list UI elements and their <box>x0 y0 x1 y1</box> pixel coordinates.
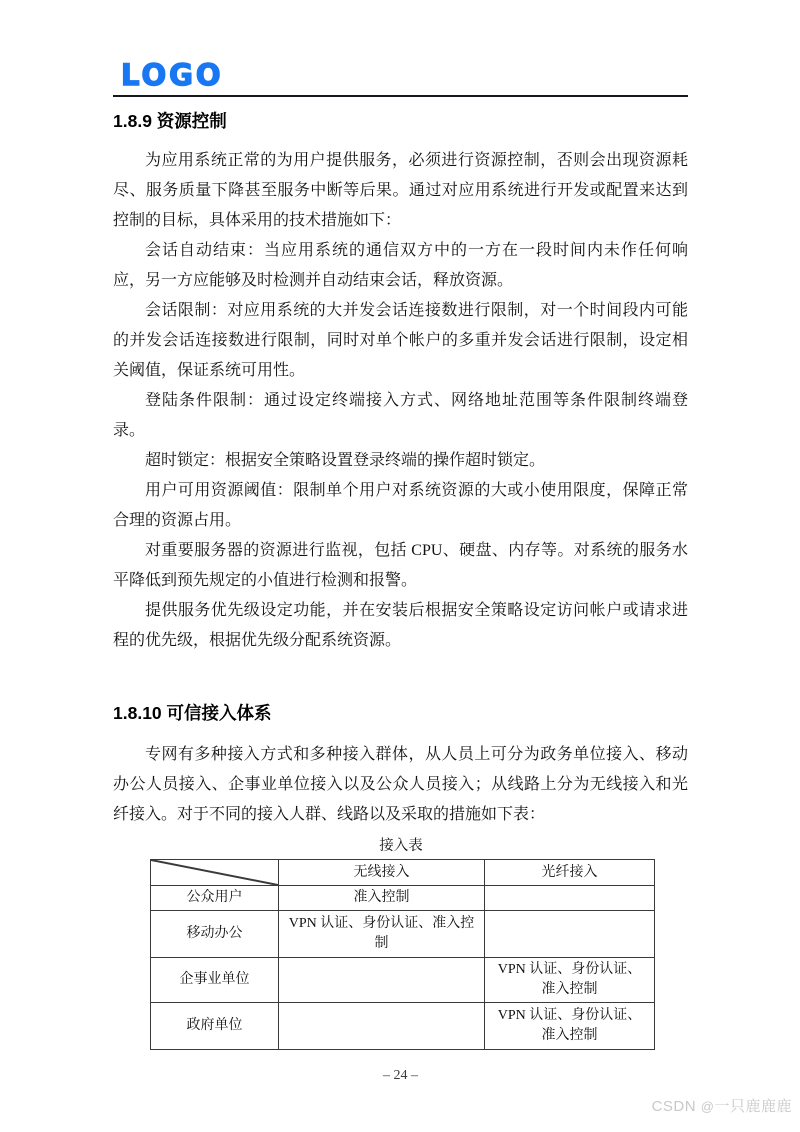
section-body-trusted-access: 专网有多种接入方式和多种接入群体，从人员上可分为政务单位接入、移动办公人员接入、… <box>113 740 688 830</box>
watermark-username: 一只鹿鹿鹿 <box>714 1098 792 1115</box>
row-label: 企事业单位 <box>151 958 279 1003</box>
document-page: LOGO 1.8.9 资源控制 为应用系统正常的为用户提供服务，必须进行资源控制… <box>113 0 688 1132</box>
paragraph: 用户可用资源阈值：限制单个用户对系统资源的大或小使用限度，保障正常合理的资源占用… <box>113 476 688 536</box>
row-label: 移动办公 <box>151 911 279 958</box>
table-row: 公众用户 准入控制 <box>151 886 655 911</box>
header-divider <box>113 95 688 97</box>
access-table-block: 接入表 无线接入 光纤接入 公众用户 准入控制 移动办公 VPN 认证、身份认证… <box>113 836 688 1050</box>
section-heading-trusted-access: 1.8.10 可信接入体系 <box>113 700 688 726</box>
table-header-row: 无线接入 光纤接入 <box>151 860 655 886</box>
paragraph: 登陆条件限制：通过设定终端接入方式、网络地址范围等条件限制终端登录。 <box>113 386 688 446</box>
column-header-wireless: 无线接入 <box>279 860 485 886</box>
paragraph: 为应用系统正常的为用户提供服务，必须进行资源控制，否则会出现资源耗尽、服务质量下… <box>113 146 688 236</box>
diagonal-line-icon <box>151 860 278 885</box>
cell-fiber: VPN 认证、身份认证、准入控制 <box>485 1003 655 1050</box>
table-row: 政府单位 VPN 认证、身份认证、准入控制 <box>151 1003 655 1050</box>
cell-fiber: VPN 认证、身份认证、准入控制 <box>485 958 655 1003</box>
paragraph: 对重要服务器的资源进行监视，包括 CPU、硬盘、内存等。对系统的服务水平降低到预… <box>113 536 688 596</box>
table-row: 移动办公 VPN 认证、身份认证、准入控制 <box>151 911 655 958</box>
access-table: 无线接入 光纤接入 公众用户 准入控制 移动办公 VPN 认证、身份认证、准入控… <box>150 859 655 1050</box>
section-body-resource-control: 为应用系统正常的为用户提供服务，必须进行资源控制，否则会出现资源耗尽、服务质量下… <box>113 146 688 656</box>
cell-fiber <box>485 911 655 958</box>
column-header-fiber: 光纤接入 <box>485 860 655 886</box>
table-title: 接入表 <box>150 836 652 856</box>
table-row: 企事业单位 VPN 认证、身份认证、准入控制 <box>151 958 655 1003</box>
at-icon: @ <box>701 1099 715 1114</box>
page-number: – 24 – <box>113 1067 688 1085</box>
paragraph: 超时锁定：根据安全策略设置登录终端的操作超时锁定。 <box>113 446 688 476</box>
paragraph: 会话自动结束：当应用系统的通信双方中的一方在一段时间内未作任何响应，另一方应能够… <box>113 236 688 296</box>
cell-wireless <box>279 958 485 1003</box>
company-logo: LOGO <box>113 60 688 90</box>
watermark-brand: CSDN <box>652 1098 697 1115</box>
paragraph: 会话限制：对应用系统的大并发会话连接数进行限制，对一个时间段内可能的并发会话连接… <box>113 296 688 386</box>
paragraph: 专网有多种接入方式和多种接入群体，从人员上可分为政务单位接入、移动办公人员接入、… <box>113 740 688 830</box>
table-corner-cell <box>151 860 279 886</box>
cell-wireless <box>279 1003 485 1050</box>
paragraph: 提供服务优先级设定功能，并在安装后根据安全策略设定访问帐户或请求进程的优先级，根… <box>113 596 688 656</box>
row-label: 政府单位 <box>151 1003 279 1050</box>
section-heading-resource-control: 1.8.9 资源控制 <box>113 108 688 134</box>
row-label: 公众用户 <box>151 886 279 911</box>
document-header: LOGO <box>113 0 688 97</box>
cell-wireless: VPN 认证、身份认证、准入控制 <box>279 911 485 958</box>
cell-fiber <box>485 886 655 911</box>
cell-wireless: 准入控制 <box>279 886 485 911</box>
csdn-watermark: CSDN @一只鹿鹿鹿 <box>652 1095 792 1116</box>
